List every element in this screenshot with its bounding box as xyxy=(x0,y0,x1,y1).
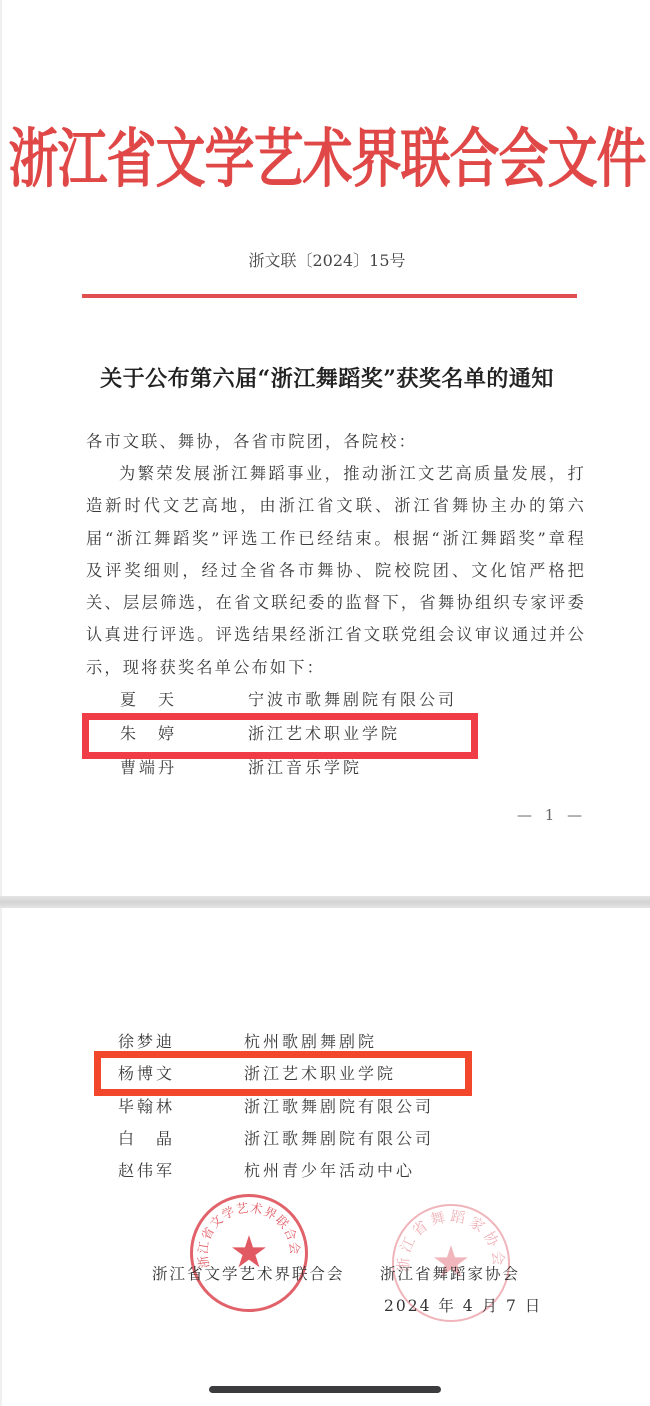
issuer-federation: 浙江省文学艺术界联合会 xyxy=(152,1262,345,1284)
red-divider-line xyxy=(82,294,577,298)
issue-date: 2024 年 4 月 7 日 xyxy=(384,1294,542,1316)
document-number: 浙文联〔2024〕15号 xyxy=(2,248,650,271)
official-seal-federation: 浙江省文学艺术界联合会 ★ xyxy=(190,1194,308,1312)
winner-name: 徐梦迪 xyxy=(118,1029,175,1052)
body-paragraph: 为繁荣发展浙江舞蹈事业，推动浙江文艺高质量发展，打造新时代文艺高地，由浙江省文联… xyxy=(86,458,586,684)
winner-name: 毕翰林 xyxy=(118,1094,175,1117)
winner-name: 赵伟军 xyxy=(118,1158,175,1181)
winner-row: 曹端丹 浙江音乐学院 xyxy=(120,755,560,787)
issuer-dance-association: 浙江省舞蹈家协会 xyxy=(380,1262,520,1284)
winner-org: 杭州青少年活动中心 xyxy=(244,1158,415,1181)
highlight-box xyxy=(82,713,478,759)
winner-row: 毕翰林 浙江歌舞剧院有限公司 xyxy=(118,1094,558,1126)
winner-org: 浙江歌舞剧院有限公司 xyxy=(244,1126,434,1149)
highlight-box xyxy=(94,1051,472,1096)
page-separator xyxy=(0,896,650,908)
winner-row: 白 晶 浙江歌舞剧院有限公司 xyxy=(118,1126,558,1158)
winner-name: 白 晶 xyxy=(118,1126,175,1149)
masthead-title: 浙江省文学艺术界联合会文件 xyxy=(2,108,650,200)
document-page-1: 浙江省文学艺术界联合会文件 浙文联〔2024〕15号 关于公布第六届“浙江舞蹈奖… xyxy=(0,0,650,896)
winner-name: 夏 天 xyxy=(120,687,177,710)
winner-row: 赵伟军 杭州青少年活动中心 xyxy=(118,1158,558,1190)
winner-org: 宁波市歌舞剧院有限公司 xyxy=(248,687,457,710)
home-indicator-bar[interactable] xyxy=(209,1386,441,1393)
page-number: — 1 — xyxy=(517,806,586,824)
winner-org: 浙江歌舞剧院有限公司 xyxy=(244,1094,434,1117)
salutation: 各市文联、舞协，各省市院团，各院校： xyxy=(86,426,586,458)
winner-org: 杭州歌剧舞剧院 xyxy=(244,1029,377,1052)
notice-title: 关于公布第六届“浙江舞蹈奖”获奖名单的通知 xyxy=(2,362,650,393)
